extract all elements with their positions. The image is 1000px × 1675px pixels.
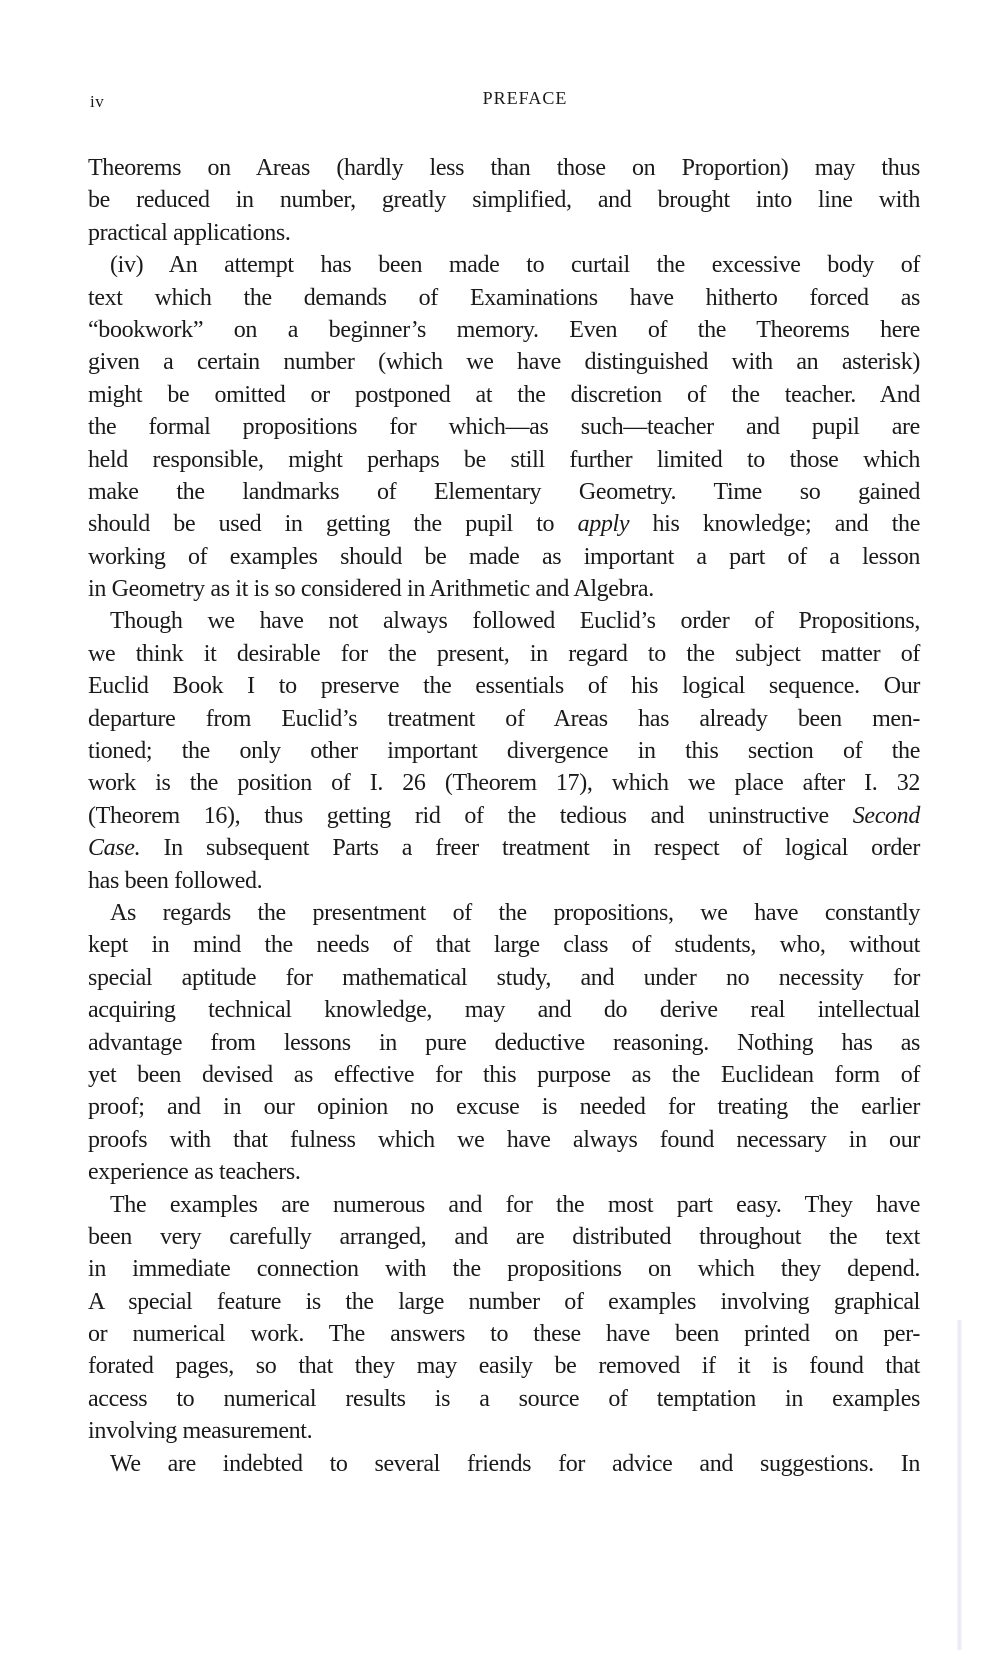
text-line: in Geometry as it is so considered in Ar… (88, 573, 920, 605)
preface-body: Theorems on Areas (hardly less than thos… (88, 152, 920, 1480)
text-line: Euclid Book I to preserve the essentials… (88, 670, 920, 702)
text-line: yet been devised as effective for this p… (88, 1059, 920, 1091)
text-line: acquiring technical knowledge, may and d… (88, 994, 920, 1026)
text-line: working of examples should be made as im… (88, 541, 920, 573)
page-edge-shadow (957, 1320, 962, 1650)
italic-word-apply: apply (578, 511, 630, 537)
text-line: advantage from lessons in pure deductive… (88, 1027, 920, 1059)
text-line: A special feature is the large number of… (88, 1286, 920, 1318)
text-line: given a certain number (which we have di… (88, 346, 920, 378)
text-line: Theorems on Areas (hardly less than thos… (88, 152, 920, 184)
text-line: proofs with that fulness which we have a… (88, 1124, 920, 1156)
text-line: work is the position of I. 26 (Theorem 1… (88, 767, 920, 799)
text-line: tioned; the only other important diverge… (88, 735, 920, 767)
text-line: should be used in getting the pupil to a… (88, 508, 920, 540)
text-line: held responsible, might perhaps be still… (88, 444, 920, 476)
text-line: be reduced in number, greatly simplified… (88, 184, 920, 216)
text-line: kept in mind the needs of that large cla… (88, 929, 920, 961)
paragraph-start: As regards the presentment of the propos… (88, 897, 920, 929)
text-line: practical applications. (88, 217, 920, 249)
text-fragment: should be used in getting the pupil to (88, 511, 554, 537)
paragraph-start: We are indebted to several friends for a… (88, 1448, 920, 1480)
text-fragment: In subsequent Parts a freer treatment in… (140, 835, 920, 861)
text-line: make the landmarks of Elementary Geometr… (88, 476, 920, 508)
text-line: special aptitude for mathematical study,… (88, 962, 920, 994)
text-line: or numerical work. The answers to these … (88, 1318, 920, 1350)
text-line: forated pages, so that they may easily b… (88, 1350, 920, 1382)
text-line: in immediate connection with the proposi… (88, 1253, 920, 1285)
text-line: involving measurement. (88, 1415, 920, 1447)
text-line: text which the demands of Examinations h… (88, 282, 920, 314)
text-line: experience as teachers. (88, 1156, 920, 1188)
paragraph-start: The examples are numerous and for the mo… (88, 1189, 920, 1221)
italic-word-case: Case. (88, 835, 140, 861)
running-head: iv PREFACE (90, 88, 920, 118)
text-line: “bookwork” on a beginner’s memory. Even … (88, 314, 920, 346)
text-line: has been followed. (88, 865, 920, 897)
text-line: (Theorem 16), thus getting rid of the te… (88, 800, 920, 832)
text-line: proof; and in our opinion no excuse is n… (88, 1091, 920, 1123)
text-line: might be omitted or postponed at the dis… (88, 379, 920, 411)
book-page: iv PREFACE Theorems on Areas (hardly les… (0, 0, 1000, 1675)
text-line: been very carefully arranged, and are di… (88, 1221, 920, 1253)
text-fragment: his knowledge; and the (629, 511, 920, 537)
italic-word-second: Second (853, 803, 920, 829)
text-line: departure from Euclid’s treatment of Are… (88, 703, 920, 735)
paragraph-start: (iv) An attempt has been made to curtail… (88, 249, 920, 281)
running-title: PREFACE (90, 88, 920, 109)
paragraph-start: Though we have not always followed Eucli… (88, 605, 920, 637)
text-fragment: (Theorem 16), thus getting rid of the te… (88, 803, 829, 829)
text-line: we think it desirable for the present, i… (88, 638, 920, 670)
text-line: Case. In subsequent Parts a freer treatm… (88, 832, 920, 864)
text-line: the formal propositions for which—as suc… (88, 411, 920, 443)
text-line: access to numerical results is a source … (88, 1383, 920, 1415)
